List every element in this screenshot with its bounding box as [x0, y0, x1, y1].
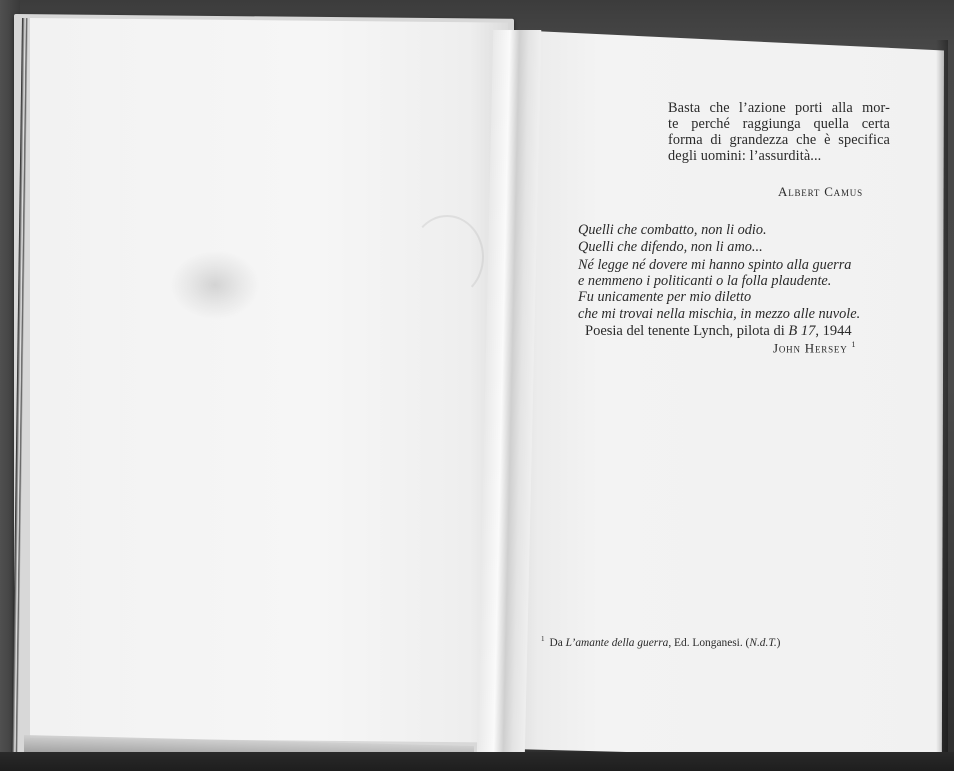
epigraph-line: te perché raggiunga quella certa — [668, 116, 890, 132]
poem-credit-suffix: , 1944 — [815, 323, 851, 339]
footnote-reference: 1 — [852, 340, 857, 349]
poem-credit-prefix: Poesia del tenente Lynch, pilota di — [585, 323, 788, 339]
author-name: John Hersey — [773, 340, 848, 355]
epigraph-line: forma di grandezza che è specifica — [668, 132, 890, 148]
epigraph-camus: Basta che l’azione porti alla mor- te pe… — [668, 100, 890, 164]
scan-bottom-shadow — [0, 752, 954, 771]
paper-stain — [170, 250, 260, 320]
paper-stain-faint — [410, 215, 484, 299]
footnote-publisher: , Ed. Longanesi. ( — [668, 637, 749, 649]
poem-credit: Poesia del tenente Lynch, pilota di B 17… — [585, 324, 852, 339]
epigraph-author-hersey: John Hersey1 — [773, 341, 856, 354]
footnote: 1Da L’amante della guerra, Ed. Longanesi… — [541, 636, 780, 649]
epigraph-line: degli uomini: l’assurdità... — [668, 148, 890, 164]
footnote-mark: 1 — [541, 635, 545, 643]
left-page — [30, 18, 508, 743]
poem-credit-aircraft: B 17 — [788, 323, 815, 339]
poem-line: Quelli che combatto, non li odio. — [578, 222, 860, 239]
poem-line: Né legge né dovere mi hanno spinto alla … — [578, 257, 860, 274]
epigraph-author-camus: Albert Camus — [778, 185, 863, 198]
footnote-book-title: L’amante della guerra — [566, 637, 669, 649]
right-page-edge — [936, 40, 948, 760]
footnote-translator-note: N.d.T. — [749, 637, 776, 649]
epigraph-line: Basta che l’azione porti alla mor- — [668, 100, 890, 116]
poem-line: Quelli che difendo, non li amo... — [578, 239, 860, 256]
epigraph-poem: Quelli che combatto, non li odio. Quelli… — [578, 222, 860, 323]
poem-line: e nemmeno i politicanti o la folla plaud… — [578, 273, 860, 290]
poem-line: Fu unicamente per mio diletto — [578, 289, 860, 306]
footnote-prefix: Da — [550, 637, 566, 649]
footnote-suffix: ) — [777, 637, 781, 649]
poem-line: che mi trovai nella mischia, in mezzo al… — [578, 306, 860, 323]
